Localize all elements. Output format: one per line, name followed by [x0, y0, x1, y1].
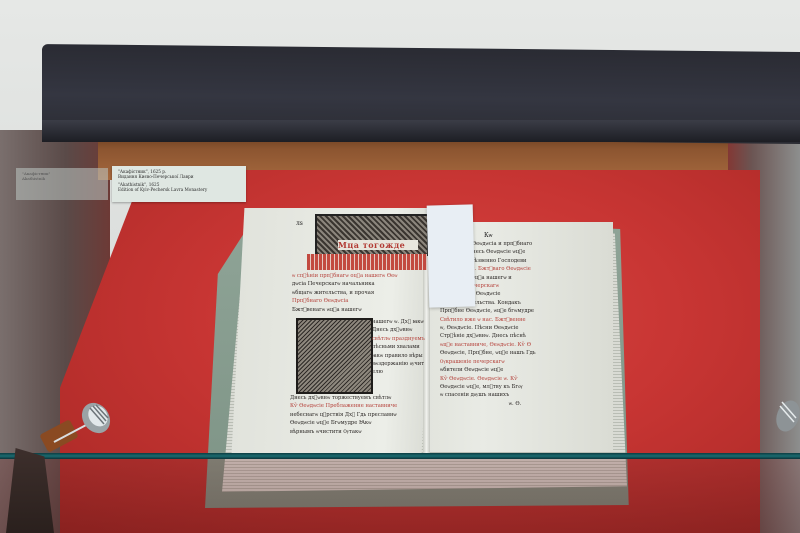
paper-bookmark: [427, 204, 476, 307]
right-folio-number: Кѡ: [484, 232, 492, 239]
glass-reflection: [0, 459, 800, 533]
glass-shelf-edge: [0, 453, 800, 459]
spotlight-lamp-right-icon: [762, 392, 800, 440]
woodcut-illustration: [296, 318, 373, 394]
left-page-heading: Мца тогожде: [338, 240, 418, 250]
left-page-text-top: ѡ сп꙽ѣніи прп꙽бнагѡ оц꙽а нашегѡ Ѳеѡ дѡсі…: [292, 272, 426, 316]
exhibit-label-card: "Акафістник", 1625 р. Видання Києво-Пече…: [112, 166, 246, 202]
spotlight-lamp-icon: [40, 398, 112, 453]
reflected-label-line2: Akathistnik: [22, 176, 102, 181]
left-page-text-bottom: Днесь дх꙽ѡвнѡ торжествуемъ свѣтлѡ Кѷ Ѳеѡ…: [290, 394, 426, 450]
red-title-band: [307, 254, 427, 270]
left-folio-number: лѕ: [296, 220, 303, 227]
dark-cloth-fold: [42, 120, 800, 142]
reflected-label: "Акафістник" Akathistnik: [16, 168, 108, 200]
label-subtitle-en: Edition of Kyiv-Pechersk Lavra Monastery: [118, 187, 240, 192]
left-page-text-side: нашегѡ ѡ. Дх꙽ ꙗкѡ Днесь дх꙽ѡвнѡ свѣтлѡ п…: [372, 318, 426, 392]
